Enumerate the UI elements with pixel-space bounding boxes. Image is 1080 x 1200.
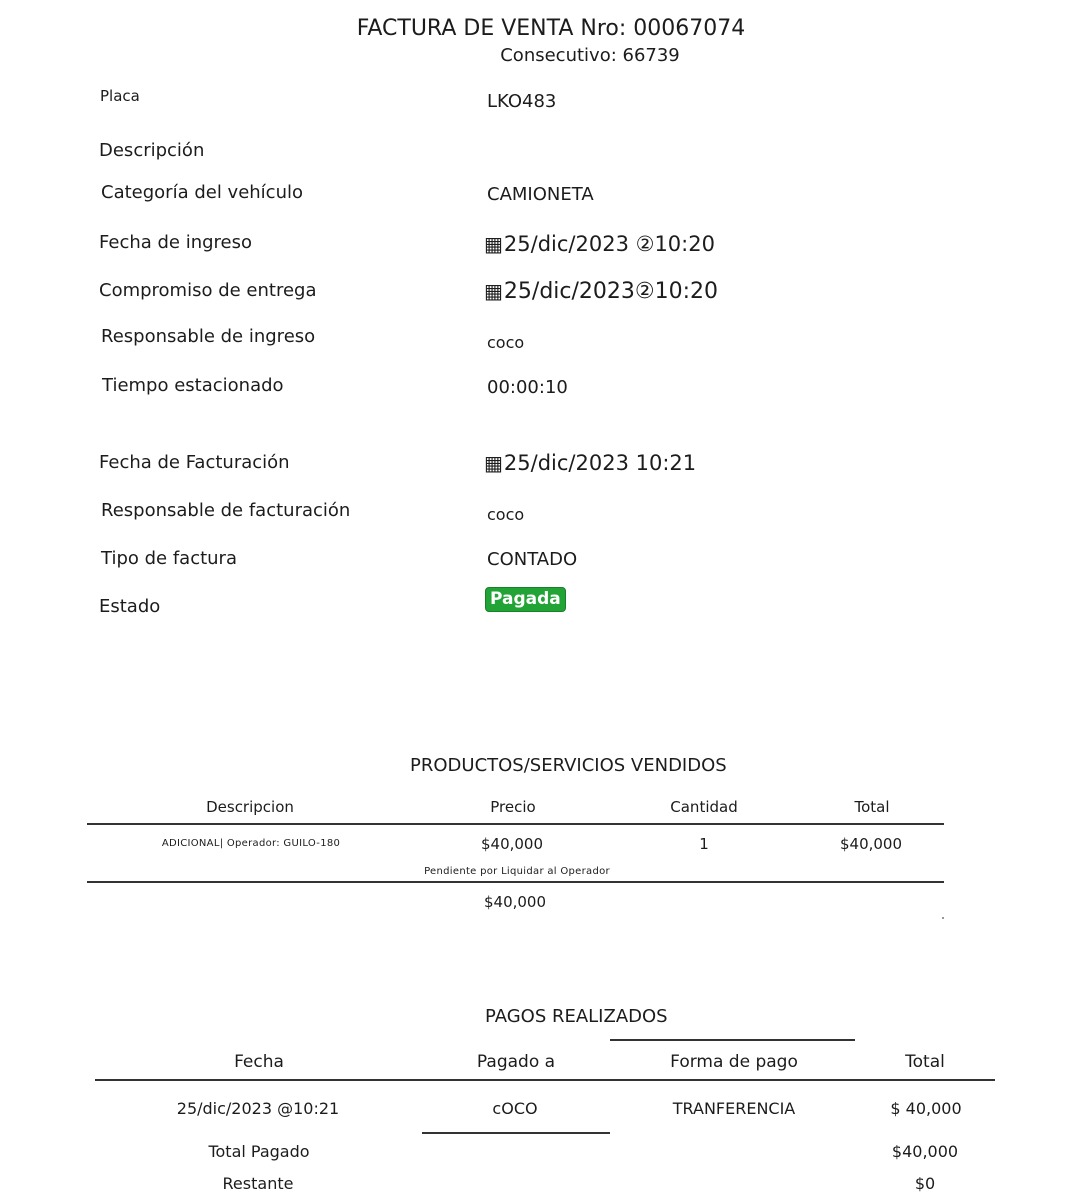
pagos-title-underline [610, 1039, 855, 1041]
placa-value: LKO483 [487, 91, 556, 112]
tipo-factura-label: Tipo de factura [101, 548, 237, 569]
compromiso-entrega-value: ▦25/dic/2023②10:20 [484, 279, 718, 304]
col-descripcion: Descripcion [150, 798, 350, 816]
pago-forma: TRANFERENCIA [634, 1099, 834, 1118]
responsable-facturacion-label: Responsable de facturación [101, 500, 350, 521]
table-footer-divider [87, 881, 944, 883]
productos-title: PRODUCTOS/SERVICIOS VENDIDOS [410, 755, 727, 776]
categoria-label: Categoría del vehículo [101, 182, 303, 203]
tiempo-estacionado-value: 00:00:10 [487, 377, 568, 398]
col-forma-pago: Forma de pago [634, 1052, 834, 1072]
estado-label: Estado [99, 596, 160, 617]
fecha-facturacion-label: Fecha de Facturación [99, 452, 290, 473]
table-header-divider [87, 823, 944, 825]
pagos-row-divider [422, 1132, 610, 1134]
responsable-facturacion-value: coco [487, 505, 524, 524]
pago-total: $ 40,000 [826, 1099, 1026, 1118]
calendar-icon: ▦ [484, 232, 503, 256]
pago-fecha: 25/dic/2023 @10:21 [158, 1099, 358, 1118]
col-total-pago: Total [825, 1052, 1025, 1072]
restante-value: $0 [825, 1174, 1025, 1193]
productos-subtotal: $40,000 [415, 893, 615, 911]
row-precio: $40,000 [412, 835, 612, 853]
calendar-icon: ▦ [484, 279, 503, 303]
fecha-ingreso-label: Fecha de ingreso [99, 232, 252, 253]
responsable-ingreso-value: coco [487, 333, 524, 352]
consecutive-number: Consecutivo: 66739 [0, 45, 1080, 66]
status-badge: Pagada [485, 587, 566, 612]
row-descripcion: ADICIONAL| Operador: GUILO-180 [101, 838, 401, 849]
restante-label: Restante [158, 1174, 358, 1193]
responsable-ingreso-label: Responsable de ingreso [101, 326, 315, 347]
tiempo-estacionado-label: Tiempo estacionado [102, 375, 284, 396]
pago-pagado-a: cOCO [415, 1099, 615, 1118]
total-pagado-value: $40,000 [825, 1142, 1025, 1161]
speck [942, 917, 944, 919]
categoria-value: CAMIONETA [487, 184, 594, 205]
calendar-icon: ▦ [484, 451, 503, 475]
compromiso-entrega-label: Compromiso de entrega [99, 280, 317, 301]
fecha-facturacion-value: ▦25/dic/2023 10:21 [484, 451, 696, 475]
invoice-title: FACTURA DE VENTA Nro: 00067074 [0, 16, 1080, 41]
total-pagado-label: Total Pagado [159, 1142, 359, 1161]
row-total: $40,000 [771, 835, 971, 853]
col-precio: Precio [413, 798, 613, 816]
col-pagado-a: Pagado a [416, 1052, 616, 1072]
fecha-ingreso-value: ▦25/dic/2023 ②10:20 [484, 232, 715, 256]
descripcion-label: Descripción [99, 140, 204, 161]
tipo-factura-value: CONTADO [487, 549, 577, 570]
pagos-header-divider [95, 1079, 995, 1081]
placa-label: Placa [100, 87, 140, 105]
col-fecha: Fecha [159, 1052, 359, 1072]
col-total: Total [772, 798, 972, 816]
pagos-title: PAGOS REALIZADOS [485, 1006, 668, 1027]
estado-value: Pagada [485, 587, 566, 612]
pending-note: Pendiente por Liquidar al Operador [367, 866, 667, 877]
